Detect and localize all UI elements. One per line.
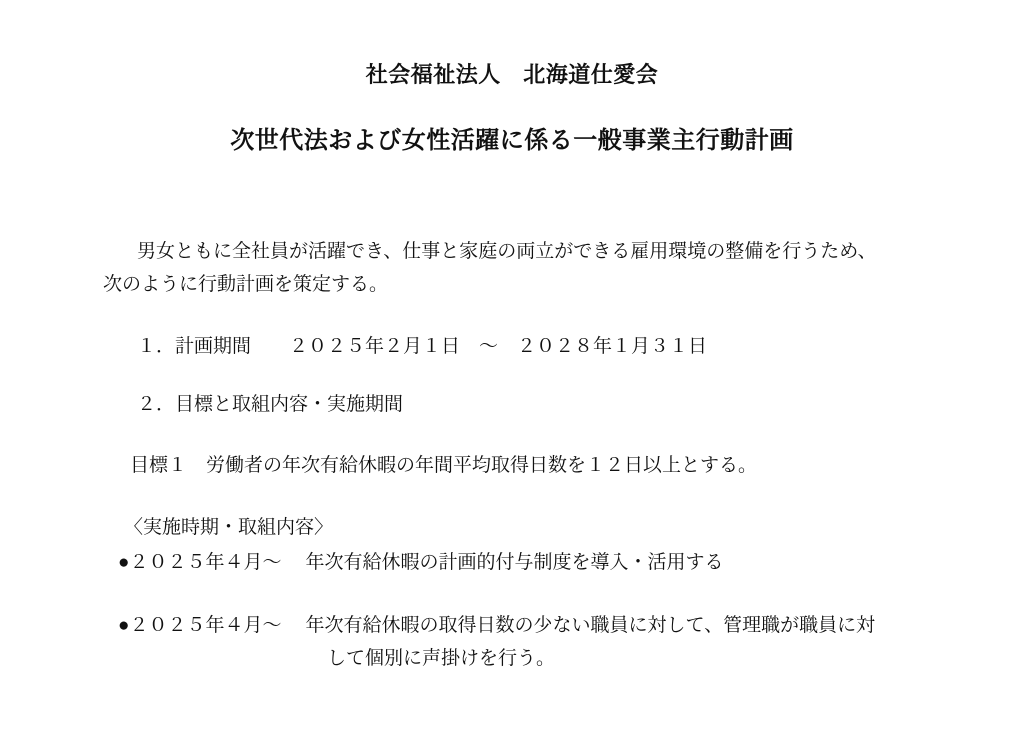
plan-title: 次世代法および女性活躍に係る一般事業主行動計画: [0, 128, 1024, 156]
plan-period-value: ２０２５年２月１日 ～ ２０２８年１月３１日: [289, 336, 707, 357]
intro-line-1: 男女ともに全社員が活躍でき、仕事と家庭の両立ができる雇用環境の整備を行うため、: [137, 241, 876, 263]
action-item-2: ●２０２５年４月～年次有給休暇の取得日数の少ない職員に対して、管理職が職員に対: [118, 615, 875, 637]
action-1-period: ２０２５年４月～: [129, 552, 281, 573]
schedule-header: 〈実施時期・取組内容〉: [124, 517, 333, 539]
organization-title: 社会福祉法人 北海道仕愛会: [0, 62, 1024, 87]
action-2-text-line-1: 年次有給休暇の取得日数の少ない職員に対して、管理職が職員に対: [306, 615, 876, 636]
goals-section-label: ２．目標と取組内容・実施期間: [137, 394, 403, 416]
action-1-text: 年次有給休暇の計画的付与制度を導入・活用する: [306, 552, 724, 573]
plan-period-line: １．計画期間２０２５年２月１日 ～ ２０２８年１月３１日: [137, 336, 707, 358]
action-2-period: ２０２５年４月～: [129, 615, 281, 636]
goal-1-text: 目標１ 労働者の年次有給休暇の年間平均取得日数を１２日以上とする。: [130, 455, 757, 477]
action-2-text-line-2: して個別に声掛けを行う。: [327, 648, 555, 670]
bullet-icon: ●: [118, 615, 129, 636]
intro-line-2: 次のように行動計画を策定する。: [103, 274, 388, 296]
plan-period-label: １．計画期間: [137, 336, 251, 357]
action-item-1: ●２０２５年４月～年次有給休暇の計画的付与制度を導入・活用する: [118, 552, 724, 574]
document-page: 社会福祉法人 北海道仕愛会 次世代法および女性活躍に係る一般事業主行動計画 男女…: [0, 0, 1024, 754]
bullet-icon: ●: [118, 552, 129, 573]
